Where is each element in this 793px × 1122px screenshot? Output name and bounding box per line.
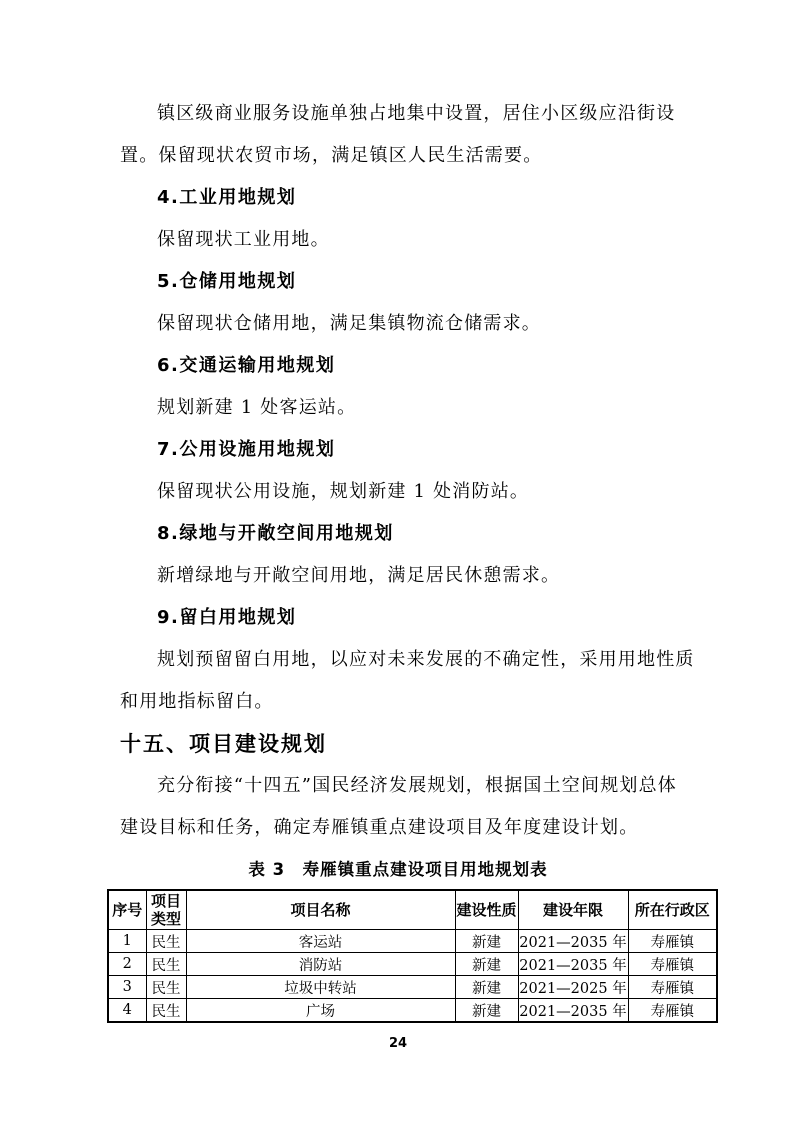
- table-cell: 4: [108, 999, 146, 1023]
- table-header-cell: 项目名称: [186, 890, 455, 930]
- table-cell: 广场: [186, 999, 455, 1023]
- table-cell: 寿雁镇: [628, 999, 717, 1023]
- table-cell: 1: [108, 930, 146, 953]
- table-cell: 垃圾中转站: [186, 976, 455, 999]
- table-cell: 民生: [146, 999, 186, 1023]
- table-cell: 寿雁镇: [628, 930, 717, 953]
- table-header-cell: 所在行政区: [628, 890, 717, 930]
- table-cell: 3: [108, 976, 146, 999]
- table-header-cell: 建设性质: [455, 890, 518, 930]
- subsection-heading: 9.留白用地规划: [120, 597, 676, 639]
- table-cell: 2021—2025 年: [518, 976, 628, 999]
- table-cell: 2021—2035 年: [518, 930, 628, 953]
- table-cell: 2021—2035 年: [518, 953, 628, 976]
- paragraph-line: 规划预留留白用地，以应对未来发展的不确定性，采用用地性质: [120, 639, 676, 681]
- chapter-heading: 十五、项目建设规划: [120, 723, 676, 765]
- table-row: 3 民生 垃圾中转站 新建 2021—2025 年 寿雁镇: [108, 976, 717, 999]
- table-cell: 民生: [146, 976, 186, 999]
- projects-table: 序号 项目类型 项目名称 建设性质 建设年限 所在行政区 1 民生 客运站 新建…: [107, 889, 718, 1023]
- table-header-cell: 序号: [108, 890, 146, 930]
- page-content: 镇区级商业服务设施单独占地集中设置，居住小区级应沿街设 置。保留现状农贸市场，满…: [0, 0, 793, 1051]
- table-caption: 表 3 寿雁镇重点建设项目用地规划表: [120, 849, 676, 891]
- subsection-heading: 7.公用设施用地规划: [120, 429, 676, 471]
- paragraph-line: 建设目标和任务，确定寿雁镇重点建设项目及年度建设计划。: [120, 807, 676, 849]
- table-cell: 消防站: [186, 953, 455, 976]
- table-header-cell: 项目类型: [146, 890, 186, 930]
- table-row: 2 民生 消防站 新建 2021—2035 年 寿雁镇: [108, 953, 717, 976]
- table-cell: 新建: [455, 930, 518, 953]
- table-header-cell: 建设年限: [518, 890, 628, 930]
- table-cell: 新建: [455, 953, 518, 976]
- table-cell: 2: [108, 953, 146, 976]
- table-cell: 新建: [455, 976, 518, 999]
- paragraph-line: 充分衔接“十四五”国民经济发展规划，根据国土空间规划总体: [120, 765, 676, 807]
- paragraph-line: 镇区级商业服务设施单独占地集中设置，居住小区级应沿街设: [120, 93, 676, 135]
- table-cell: 2021—2035 年: [518, 999, 628, 1023]
- table-header-row: 序号 项目类型 项目名称 建设性质 建设年限 所在行政区: [108, 890, 717, 930]
- table-cell: 民生: [146, 930, 186, 953]
- subsection-heading: 8.绿地与开敞空间用地规划: [120, 513, 676, 555]
- table-row: 4 民生 广场 新建 2021—2035 年 寿雁镇: [108, 999, 717, 1023]
- paragraph-line: 新增绿地与开敞空间用地，满足居民休憩需求。: [120, 555, 676, 597]
- table-cell: 客运站: [186, 930, 455, 953]
- paragraph-line: 保留现状公用设施，规划新建 1 处消防站。: [120, 471, 676, 513]
- paragraph-line: 规划新建 1 处客运站。: [120, 387, 676, 429]
- table-cell: 新建: [455, 999, 518, 1023]
- paragraph-line: 保留现状仓储用地，满足集镇物流仓储需求。: [120, 303, 676, 345]
- subsection-heading: 6.交通运输用地规划: [120, 345, 676, 387]
- subsection-heading: 4.工业用地规划: [120, 177, 676, 219]
- document-page: 镇区级商业服务设施单独占地集中设置，居住小区级应沿街设 置。保留现状农贸市场，满…: [0, 0, 793, 1122]
- paragraph-line: 和用地指标留白。: [120, 681, 676, 723]
- table-row: 1 民生 客运站 新建 2021—2035 年 寿雁镇: [108, 930, 717, 953]
- page-number: 24: [120, 1036, 676, 1051]
- table-cell: 寿雁镇: [628, 976, 717, 999]
- table-cell: 寿雁镇: [628, 953, 717, 976]
- paragraph-line: 保留现状工业用地。: [120, 219, 676, 261]
- subsection-heading: 5.仓储用地规划: [120, 261, 676, 303]
- paragraph-line: 置。保留现状农贸市场，满足镇区人民生活需要。: [120, 135, 676, 177]
- table-cell: 民生: [146, 953, 186, 976]
